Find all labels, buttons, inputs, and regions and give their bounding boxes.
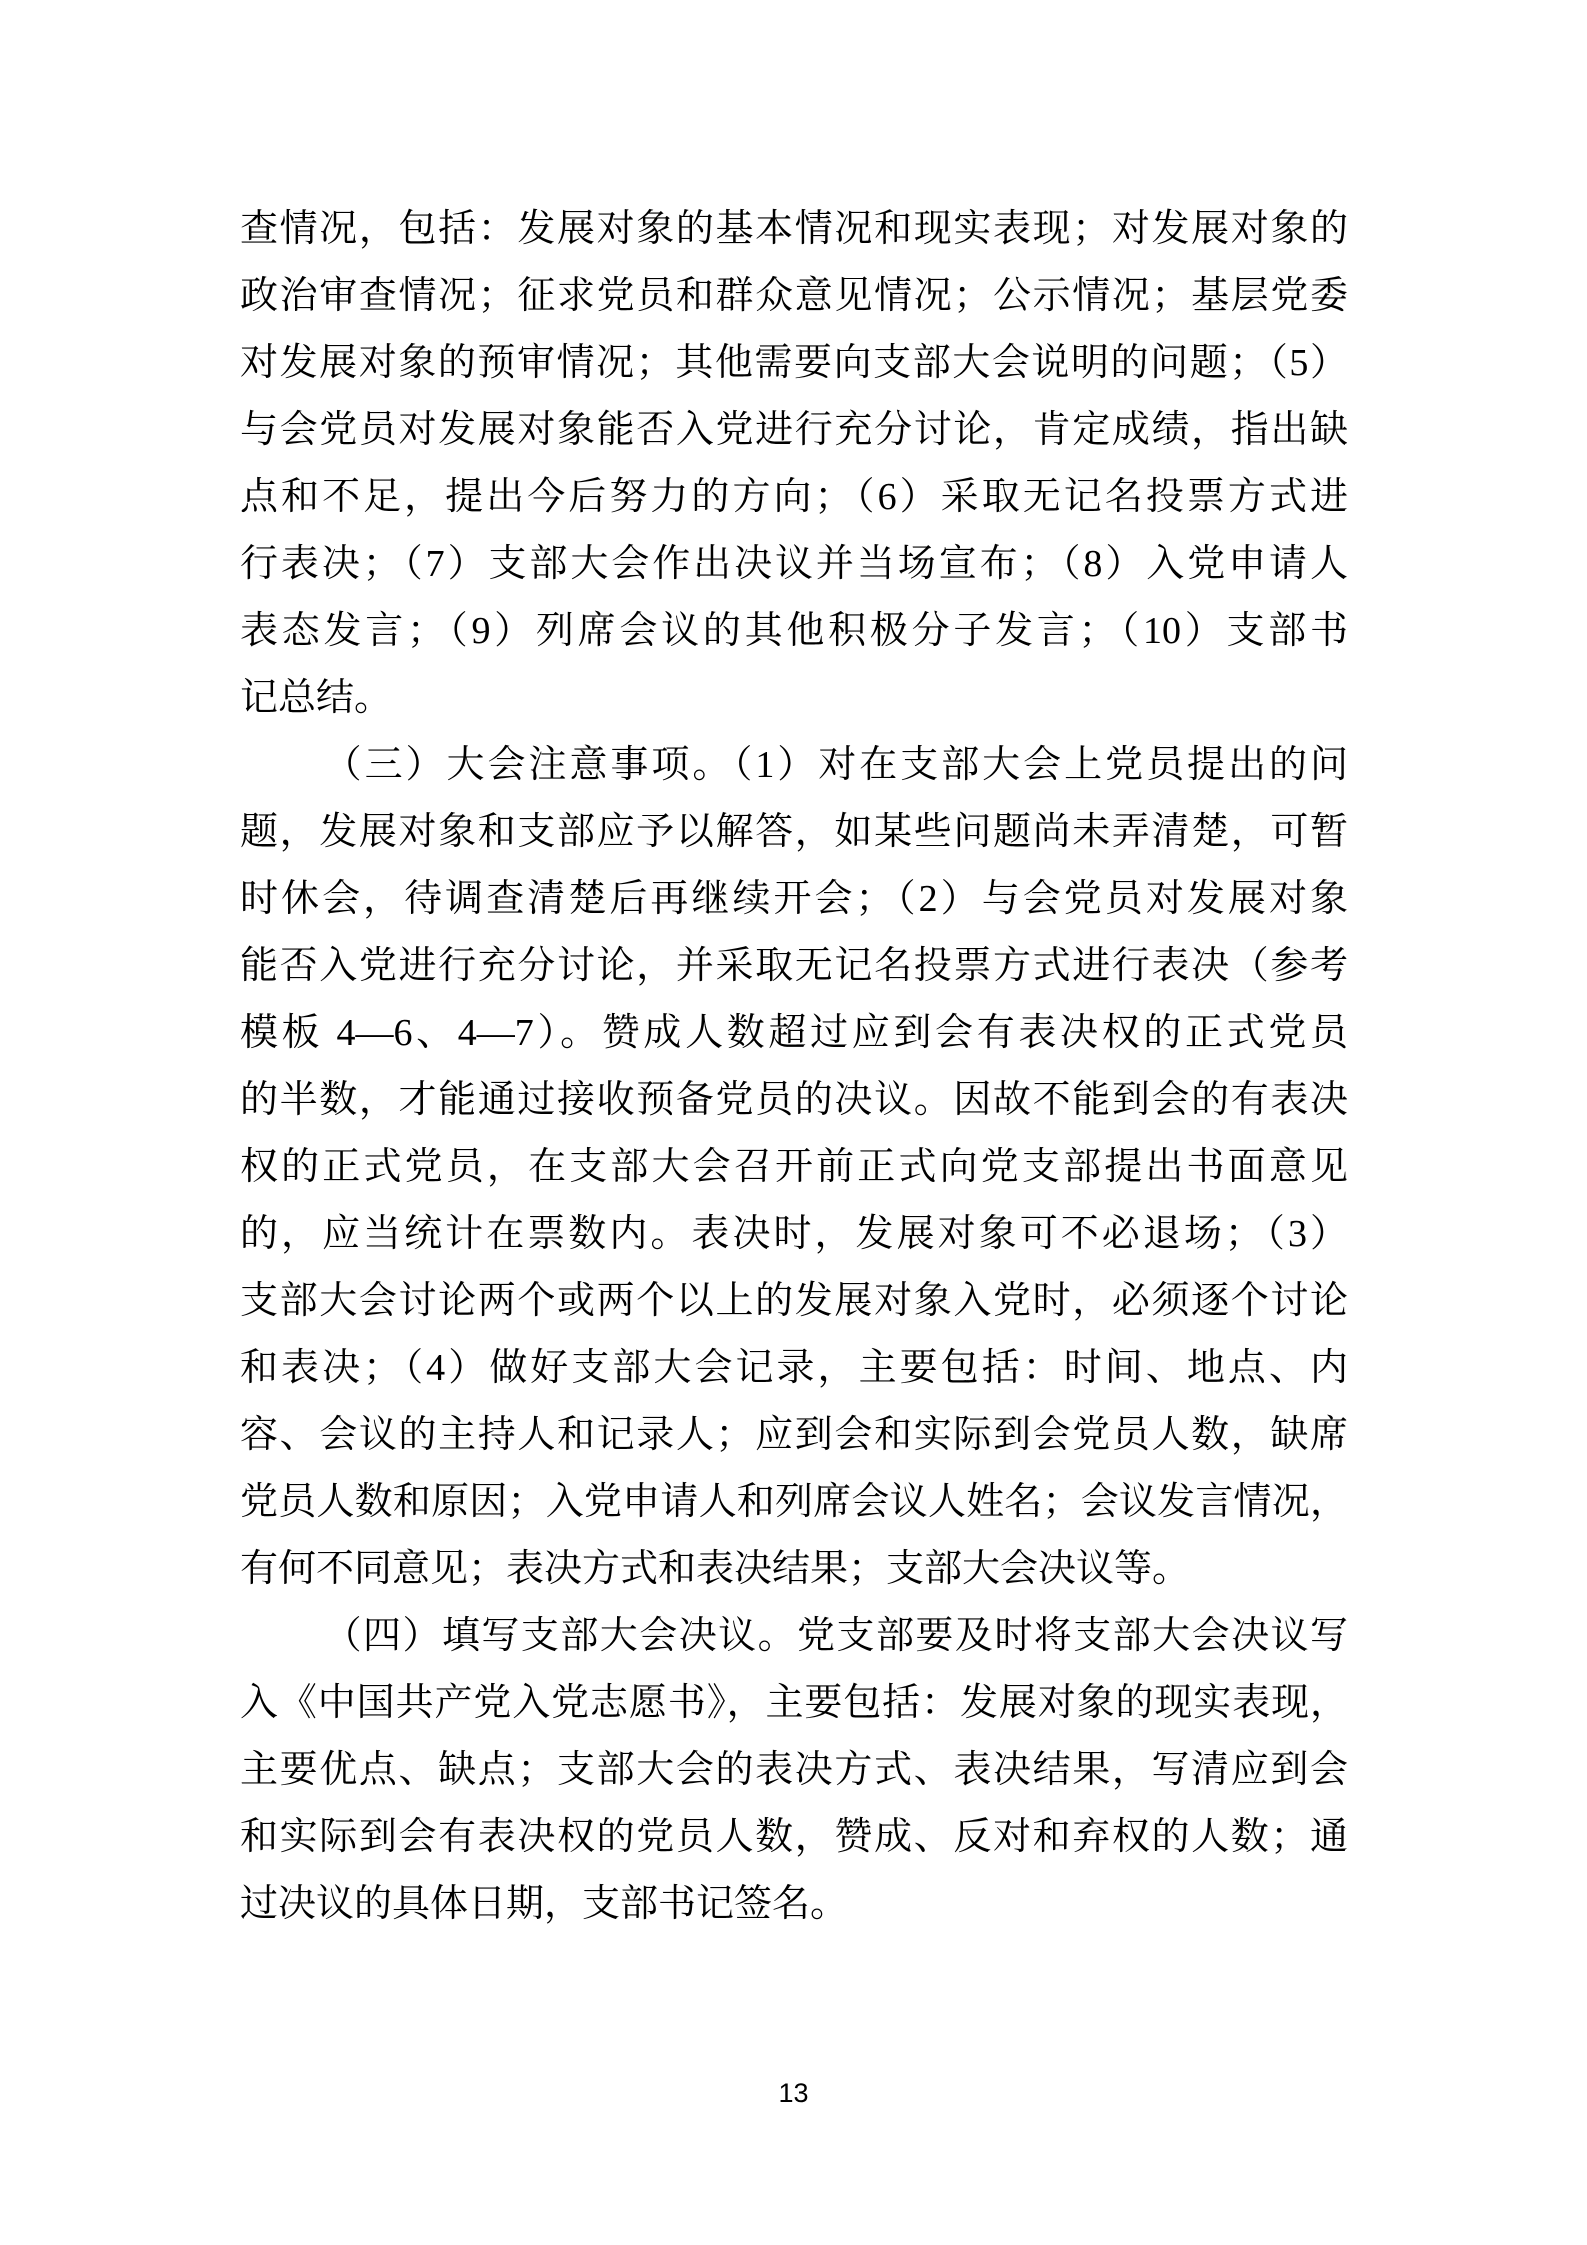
paragraph-item-4-fill-resolution: （四）填写支部大会决议。党支部要及时将支部大会决议写入《中国共产党入党志愿书》，… bbox=[240, 1603, 1348, 1938]
text-line: 入《中国共产党入党志愿书》，主要包括：发展对象的现实表现， bbox=[240, 1670, 1348, 1737]
text-line: 时休会，待调查清楚后再继续开会；（2）与会党员对发展对象 bbox=[240, 866, 1348, 933]
text-line: 题，发展对象和支部应予以解答，如某些问题尚未弄清楚，可暂 bbox=[240, 799, 1348, 866]
text-line: 点和不足，提出今后努力的方向；（6）采取无记名投票方式进 bbox=[240, 464, 1348, 531]
text-line: 模板 4—6、4—7）。赞成人数超过应到会有表决权的正式党员 bbox=[240, 1000, 1348, 1067]
text-line: 的，应当统计在票数内。表决时，发展对象可不必退场；（3） bbox=[240, 1201, 1348, 1268]
text-line: 主要优点、缺点；支部大会的表决方式、表决结果，写清应到会 bbox=[240, 1737, 1348, 1804]
text-line: 查情况，包括：发展对象的基本情况和现实表现；对发展对象的 bbox=[240, 196, 1348, 263]
text-line: 过决议的具体日期，支部书记签名。 bbox=[240, 1871, 1348, 1938]
text-line: 行表决；（7）支部大会作出决议并当场宣布；（8）入党申请人 bbox=[240, 531, 1348, 598]
text-line: 党员人数和原因；入党申请人和列席会议人姓名；会议发言情况， bbox=[240, 1469, 1348, 1536]
paragraph-meeting-agenda-continued: 查情况，包括：发展对象的基本情况和现实表现；对发展对象的政治审查情况；征求党员和… bbox=[240, 196, 1348, 732]
text-line: 记总结。 bbox=[240, 665, 1348, 732]
text-line: 有何不同意见；表决方式和表决结果；支部大会决议等。 bbox=[240, 1536, 1348, 1603]
document-page: 查情况，包括：发展对象的基本情况和现实表现；对发展对象的政治审查情况；征求党员和… bbox=[0, 0, 1587, 2245]
page-number: 13 bbox=[0, 2078, 1587, 2108]
text-line: 政治审查情况；征求党员和群众意见情况；公示情况；基层党委 bbox=[240, 263, 1348, 330]
paragraph-item-3-meeting-notes: （三）大会注意事项。（1）对在支部大会上党员提出的问题，发展对象和支部应予以解答… bbox=[240, 732, 1348, 1603]
text-line: 支部大会讨论两个或两个以上的发展对象入党时，必须逐个讨论 bbox=[240, 1268, 1348, 1335]
text-line: 表态发言；（9）列席会议的其他积极分子发言；（10）支部书 bbox=[240, 598, 1348, 665]
text-line: 能否入党进行充分讨论，并采取无记名投票方式进行表决（参考 bbox=[240, 933, 1348, 1000]
text-line: 和实际到会有表决权的党员人数，赞成、反对和弃权的人数；通 bbox=[240, 1804, 1348, 1871]
text-line: 和表决；（4）做好支部大会记录，主要包括：时间、地点、内 bbox=[240, 1335, 1348, 1402]
document-body: 查情况，包括：发展对象的基本情况和现实表现；对发展对象的政治审查情况；征求党员和… bbox=[240, 196, 1348, 1938]
text-line: 与会党员对发展对象能否入党进行充分讨论，肯定成绩，指出缺 bbox=[240, 397, 1348, 464]
text-line: （四）填写支部大会决议。党支部要及时将支部大会决议写 bbox=[240, 1603, 1348, 1670]
text-line: 权的正式党员，在支部大会召开前正式向党支部提出书面意见 bbox=[240, 1134, 1348, 1201]
text-line: 的半数，才能通过接收预备党员的决议。因故不能到会的有表决 bbox=[240, 1067, 1348, 1134]
text-line: （三）大会注意事项。（1）对在支部大会上党员提出的问 bbox=[240, 732, 1348, 799]
text-line: 对发展对象的预审情况；其他需要向支部大会说明的问题；（5） bbox=[240, 330, 1348, 397]
text-line: 容、会议的主持人和记录人；应到会和实际到会党员人数，缺席 bbox=[240, 1402, 1348, 1469]
